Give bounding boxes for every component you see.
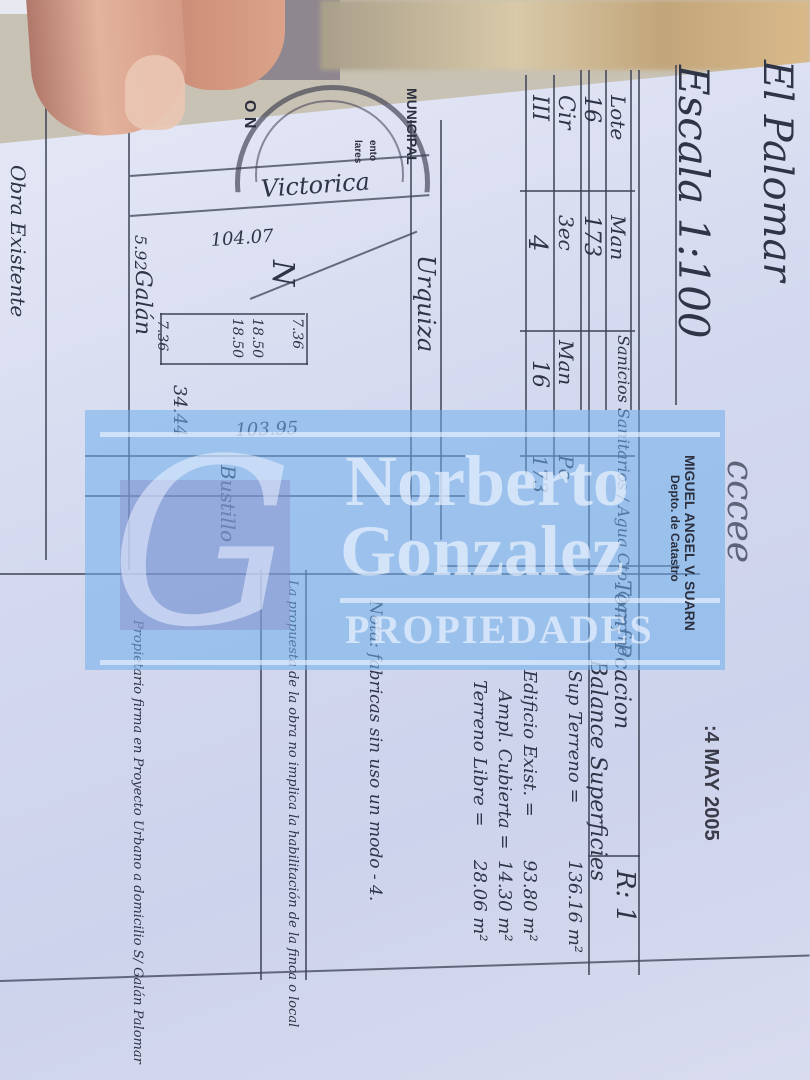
municipal-stamp-text: ento [367, 140, 378, 161]
sheet-reference: R: 1 [610, 870, 640, 923]
table-cell: 16 [579, 95, 604, 123]
balance-label: Terreno Libre = [469, 680, 490, 827]
table-header-lote: Lote [606, 95, 630, 140]
watermark-line3: PROPIEDADES [345, 606, 654, 653]
divider-line [520, 190, 635, 192]
divider-line [45, 100, 47, 560]
street-urquiza: Urquiza [412, 255, 440, 352]
municipal-stamp-text: O N [240, 100, 258, 128]
table-cell: 3ec [554, 215, 578, 251]
document-title: El Palomar [754, 60, 800, 281]
balance-value: 93.80 m² [519, 860, 540, 942]
table-cell: 173 [579, 215, 604, 257]
document-scale: Escala 1:100 [669, 65, 718, 339]
balance-title: Balance Superficies [585, 660, 610, 881]
dimension-label: 7.36 [289, 318, 305, 349]
watermark-logo-letter: G [110, 430, 294, 660]
date-stamp: :4 MAY 2005 [699, 725, 722, 841]
balance-value: 28.06 m² [469, 860, 490, 942]
divider-line [520, 330, 635, 332]
table-cell: 4 [522, 235, 552, 252]
signature: cccee [719, 460, 760, 563]
municipal-stamp-text: MUNICIPAL [404, 88, 420, 165]
balance-label: Ampl. Cubierta = [494, 690, 515, 849]
background-blanket [320, 0, 810, 70]
balance-value: 136.16 m² [564, 860, 585, 953]
obra-existente-label: Obra Existente [6, 165, 30, 317]
plot-outline [160, 313, 305, 315]
watermark-bar [340, 598, 720, 603]
watermark-line2: Gonzalez [340, 510, 624, 593]
plot-outline [306, 313, 308, 365]
table-header-man: Man [606, 215, 630, 260]
note: Propietario firma en Proyecto Urbano a d… [130, 620, 145, 1064]
street-galan: Galán [130, 270, 155, 335]
dimension-label: 18.50 [249, 318, 265, 358]
dimension-label: 5.92 [131, 235, 150, 271]
dimension-label: 104.07 [210, 226, 274, 251]
dimension-label: 7.36 [154, 320, 170, 351]
table-cell: III [527, 95, 552, 121]
watermark-bar [100, 432, 720, 437]
balance-label: Edificio Exist. = [519, 670, 540, 817]
catastro-seal-dept: Depto. de Catastro [668, 475, 682, 582]
north-arrow: N [265, 260, 300, 286]
balance-label: Sup Terreno = [564, 670, 585, 804]
table-cell: 16 [527, 360, 552, 388]
thumb-nail [125, 55, 185, 130]
balance-value: 14.30 m² [494, 860, 515, 942]
dimension-label: 18.50 [229, 318, 245, 358]
catastro-seal-name: MIGUEL ANGEL V. SUARN [682, 455, 698, 631]
table-cell: Cir [553, 95, 578, 129]
municipal-stamp-text: lares [352, 140, 363, 163]
plot-outline [160, 363, 308, 365]
watermark-bar [100, 660, 720, 665]
table-cell: Man [554, 340, 578, 385]
